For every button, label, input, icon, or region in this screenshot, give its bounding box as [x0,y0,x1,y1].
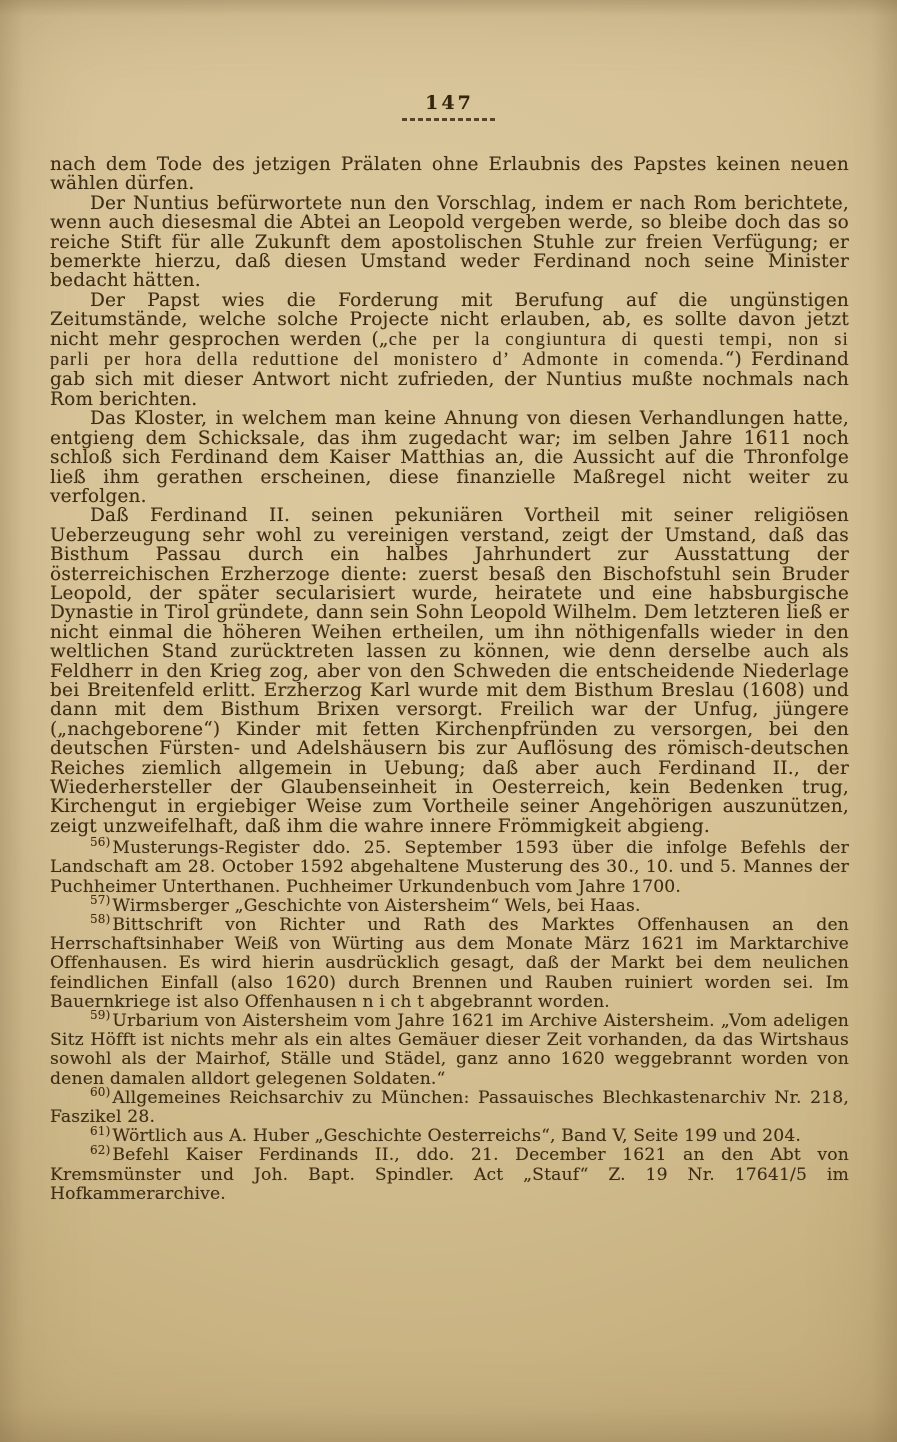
footnote-text: Bittschrift von Richter und Rath des Mar… [50,915,849,1012]
footnotes-section: 56)Musterungs-Register ddo. 25. Septembe… [50,839,849,1204]
paragraph: Der Nuntius befürwortete nun den Vorschl… [50,194,849,291]
paragraph: Das Kloster, in welchem man keine Ahnung… [50,409,849,506]
footnote-text: Wörtlich aus A. Huber „Geschichte Oester… [112,1126,801,1146]
page-number: 147 [425,92,474,114]
page-number-rule [402,118,498,121]
main-text: nach dem Tode des jetzigen Prälaten ohne… [50,155,849,836]
footnote: 62)Befehl Kaiser Ferdinands II., ddo. 21… [50,1146,849,1204]
footnote-text: Wirmsberger „Geschichte von Aistersheim“… [112,896,640,916]
footnote-marker: 56) [90,835,110,849]
paragraph: Der Papst wies die Forderung mit Berufun… [50,291,849,409]
footnote-marker: 57) [90,893,110,907]
footnote-text: Allgemeines Reichsarchiv zu München: Pas… [50,1088,849,1127]
footnote: 56)Musterungs-Register ddo. 25. Septembe… [50,839,849,897]
emphasized-word: innere [430,816,492,837]
footnote: 59)Urbarium von Aistersheim vom Jahre 16… [50,1012,849,1089]
footnote-marker: 62) [90,1143,110,1157]
footnote-text: Urbarium von Aistersheim vom Jahre 1621 … [50,1011,849,1089]
page-header: 147 [50,92,849,121]
footnote: 61)Wörtlich aus A. Huber „Geschichte Oes… [50,1127,849,1146]
footnote: 58)Bittschrift von Richter und Rath des … [50,916,849,1012]
footnote: 57)Wirmsberger „Geschichte von Aistershe… [50,897,849,916]
footnote: 60)Allgemeines Reichsarchiv zu München: … [50,1089,849,1127]
footnote-marker: 61) [90,1124,110,1138]
footnote-text: Musterungs-Register ddo. 25. September 1… [50,838,849,896]
book-page: 147 nach dem Tode des jetzigen Prälaten … [0,0,897,1442]
footnote-text: Befehl Kaiser Ferdinands II., ddo. 21. D… [50,1145,849,1203]
footnote-marker: 59) [90,1008,110,1022]
paragraph-text: Daß Ferdinand II. seinen pekuniären Vort… [50,505,849,837]
footnote-marker: 58) [90,912,110,926]
paragraph: Daß Ferdinand II. seinen pekuniären Vort… [50,506,849,836]
footnote-marker: 60) [90,1085,110,1099]
paragraph-text: Frömmigkeit abgieng. [492,816,710,837]
paragraph-continuation: nach dem Tode des jetzigen Prälaten ohne… [50,155,849,194]
